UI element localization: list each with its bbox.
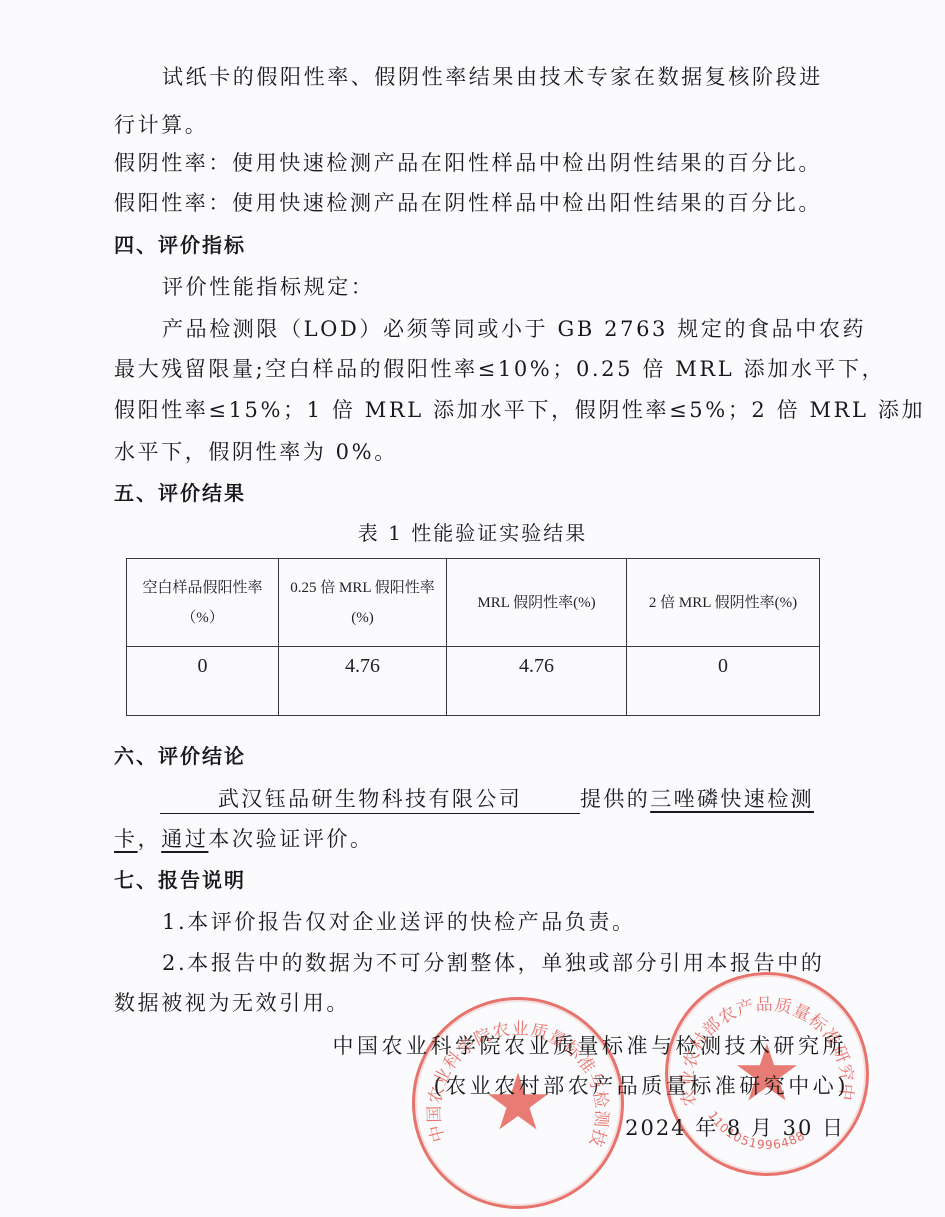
criteria-line: 产品检测限（LOD）必须等同或小于 GB 2763 规定的食品中农药 bbox=[162, 314, 882, 344]
product-name-end: 卡 bbox=[114, 827, 138, 851]
section-heading-report-notes: 七、报告说明 bbox=[114, 865, 834, 895]
criteria-line: 水平下，假阴性率为 0%。 bbox=[114, 437, 834, 467]
table-cell: 0 bbox=[127, 647, 279, 716]
table-cell: 4.76 bbox=[279, 647, 447, 716]
comma: ， bbox=[138, 827, 162, 851]
verdict: 通过 bbox=[161, 827, 208, 851]
provided-text: 提供的 bbox=[580, 787, 650, 811]
criteria-intro: 评价性能指标规定： bbox=[162, 272, 882, 302]
criteria-line: 假阳性率≤15%；1 倍 MRL 添加水平下，假阴性率≤5%；2 倍 MRL 添… bbox=[114, 395, 834, 425]
paragraph-line: 行计算。 bbox=[114, 110, 834, 140]
report-note: 2.本报告中的数据为不可分割整体，单独或部分引用本报告中的 bbox=[162, 948, 882, 978]
company-name: 武汉钰品研生物科技有限公司 bbox=[160, 785, 580, 814]
report-date: 2024 年 8 月 30 日 bbox=[625, 1112, 845, 1142]
section-heading-evaluation-results: 五、评价结果 bbox=[114, 478, 834, 508]
conclusion-line: 卡，通过本次验证评价。 bbox=[114, 824, 834, 854]
product-name: 三唑磷快速检测 bbox=[650, 787, 814, 811]
institute-seal-left: 中国农业科学院农业质量标准与检测技术研究所 ★ bbox=[412, 997, 624, 1209]
table-header-cell: MRL 假阴性率(%) bbox=[447, 559, 627, 647]
report-note: 数据被视为无效引用。 bbox=[114, 988, 834, 1018]
header-unit: （%） bbox=[131, 603, 274, 633]
header-label: 空白样品假阳性率 bbox=[131, 573, 274, 603]
table-cell: 4.76 bbox=[447, 647, 627, 716]
table-row: 0 4.76 4.76 0 bbox=[127, 647, 820, 716]
table-header-row: 空白样品假阳性率 （%） 0.25 倍 MRL 假阳性率 (%) MRL 假阴性… bbox=[127, 559, 820, 647]
criteria-line: 最大残留限量;空白样品的假阳性率≤10%；0.25 倍 MRL 添加水平下， bbox=[114, 354, 834, 384]
conclusion-tail: 本次验证评价。 bbox=[208, 827, 373, 851]
table-header-cell: 空白样品假阳性率 （%） bbox=[127, 559, 279, 647]
section-heading-conclusion: 六、评价结论 bbox=[114, 741, 834, 771]
false-positive-definition: 假阳性率：使用快速检测产品在阴性样品中检出阳性结果的百分比。 bbox=[114, 188, 834, 218]
conclusion-line: 武汉钰品研生物科技有限公司提供的三唑磷快速检测 bbox=[160, 784, 880, 814]
institute-name: 中国农业科学院农业质量标准与检测技术研究所 bbox=[333, 1030, 848, 1060]
report-note: 1.本评价报告仅对企业送评的快检产品负责。 bbox=[162, 907, 882, 937]
header-label: 2 倍 MRL 假阴性率(%) bbox=[631, 588, 815, 618]
table-caption: 表 1 性能验证实验结果 bbox=[0, 518, 945, 548]
header-label: MRL 假阴性率(%) bbox=[451, 588, 622, 618]
paragraph-line: 试纸卡的假阳性率、假阴性率结果由技术专家在数据复核阶段进 bbox=[162, 62, 882, 92]
document-page: 试纸卡的假阳性率、假阴性率结果由技术专家在数据复核阶段进 行计算。 假阴性率：使… bbox=[0, 0, 945, 1217]
center-name: (农业农村部农产品质量标准研究中心) bbox=[434, 1070, 849, 1100]
section-heading-evaluation-criteria: 四、评价指标 bbox=[114, 230, 834, 260]
false-negative-definition: 假阴性率：使用快速检测产品在阳性样品中检出阴性结果的百分比。 bbox=[114, 148, 834, 178]
table-header-cell: 0.25 倍 MRL 假阳性率 (%) bbox=[279, 559, 447, 647]
table-header-cell: 2 倍 MRL 假阴性率(%) bbox=[627, 559, 820, 647]
header-label: 0.25 倍 MRL 假阳性率 bbox=[283, 573, 442, 603]
table-cell: 0 bbox=[627, 647, 820, 716]
results-table: 空白样品假阳性率 （%） 0.25 倍 MRL 假阳性率 (%) MRL 假阴性… bbox=[126, 558, 820, 716]
header-unit: (%) bbox=[283, 603, 442, 633]
